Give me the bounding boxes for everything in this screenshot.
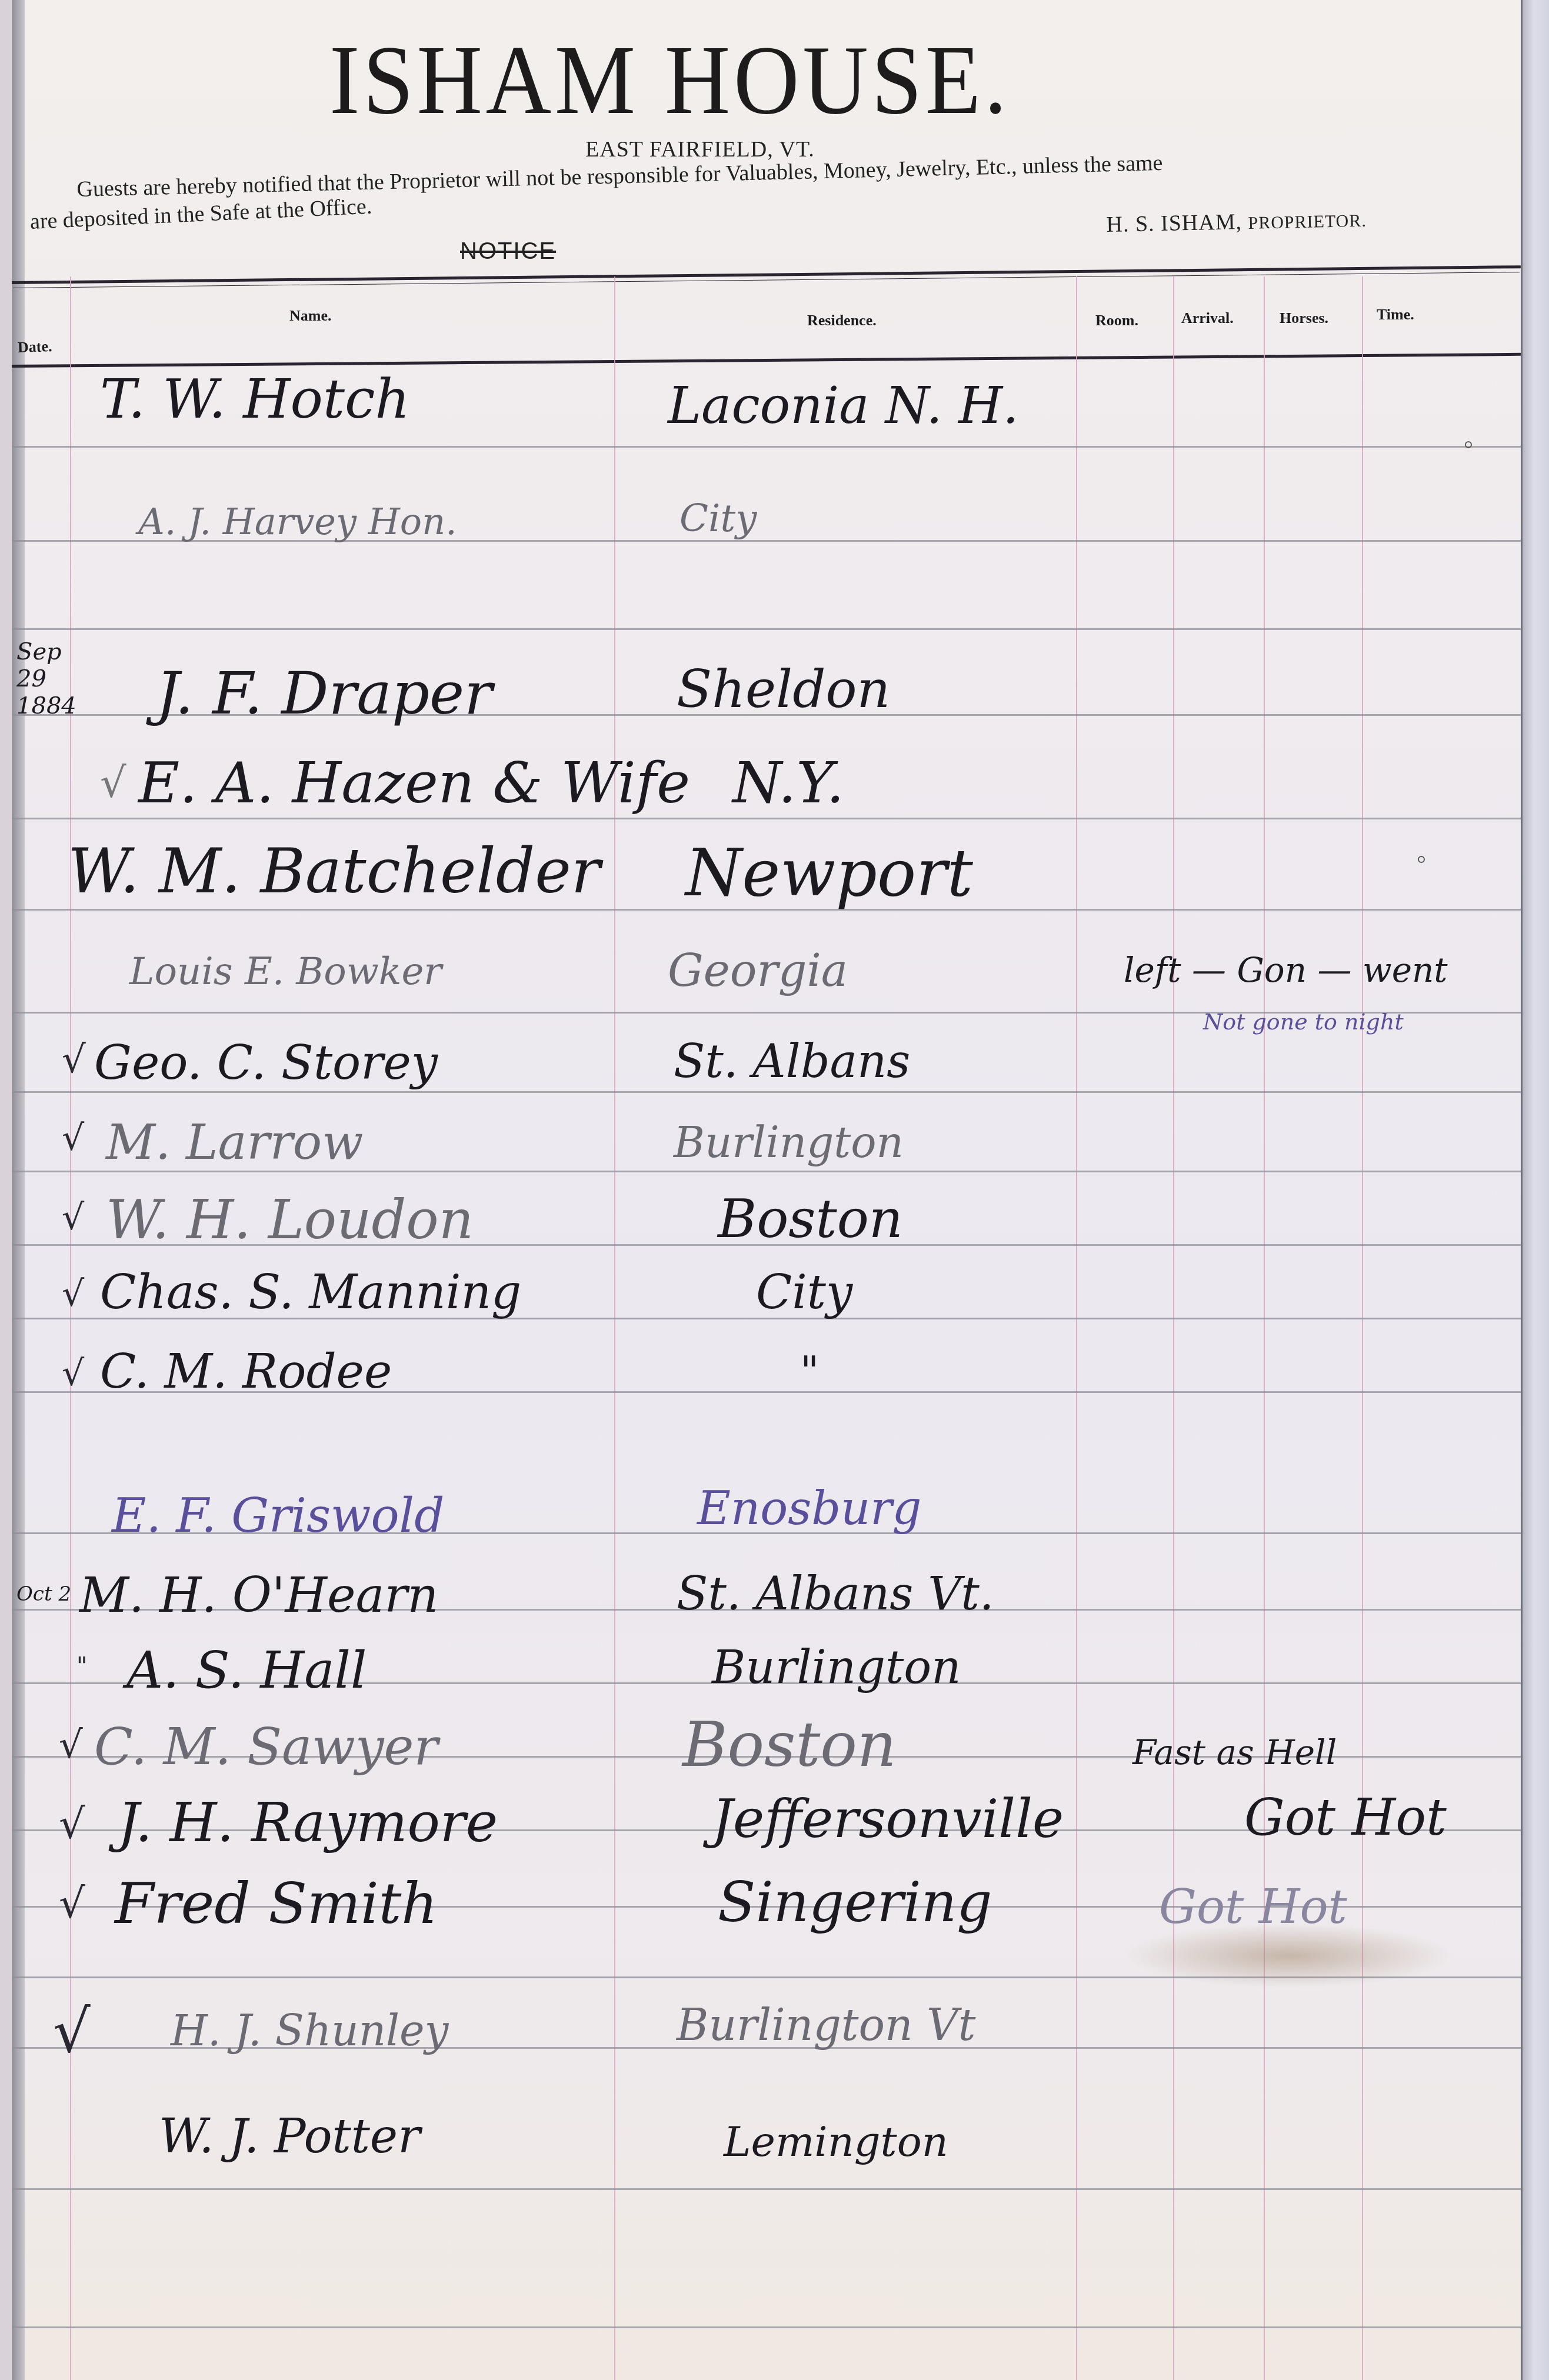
entry-name: W. H. Loudon <box>106 1188 474 1251</box>
ink-dot <box>1418 856 1425 863</box>
entry-residence: Laconia N. H. <box>668 376 1019 435</box>
entry-name: M. Larrow <box>106 1115 363 1171</box>
entry-residence: Burlington <box>712 1641 961 1694</box>
entry-name: W. M. Batchelder <box>68 835 601 907</box>
entry-name: W. J. Potter <box>159 2109 420 2164</box>
entry-residence: Georgia <box>668 944 848 996</box>
column-divider-arrival <box>1264 276 1265 2380</box>
entry-name: Geo. C. Storey <box>94 1035 438 1090</box>
entry-name: A. J. Harvey Hon. <box>138 500 457 543</box>
entry-residence: N.Y. <box>732 750 844 816</box>
entry-residence: Burlington Vt <box>677 2000 975 2051</box>
hotel-title: ISHAM HOUSE. <box>329 24 1087 137</box>
entry-residence: " <box>800 1347 819 1395</box>
page-binding <box>12 0 25 2380</box>
column-header-room: Room. <box>1095 312 1138 329</box>
column-header-residence: Residence. <box>807 312 877 329</box>
entry-date: Oct 2 <box>16 1582 71 1606</box>
entry-name: A. S. Hall <box>126 1641 367 1700</box>
column-header-horses: Horses. <box>1280 309 1328 327</box>
entry-name: C. M. Rodee <box>100 1344 392 1399</box>
ruled-line <box>12 2326 1521 2328</box>
entry-residence: Jeffersonville <box>712 1788 1064 1850</box>
entry-residence: Sheldon <box>677 659 890 719</box>
header-bottom-rule <box>12 353 1521 368</box>
entry-name: J. H. Raymore <box>118 1791 498 1854</box>
ruled-line <box>12 446 1521 448</box>
checkmark: √ <box>62 1197 84 1238</box>
column-divider-name <box>614 276 615 2380</box>
checkmark: √ <box>59 1724 83 1767</box>
column-divider-horses <box>1362 276 1363 2380</box>
proprietor-signature: H. S. ISHAM, PROPRIETOR. <box>1106 206 1367 238</box>
entry-subnote: Not gone to night <box>1203 1009 1404 1035</box>
column-divider-residence <box>1076 276 1077 2380</box>
entry-residence: City <box>756 1265 852 1319</box>
header-top-rule <box>12 265 1521 284</box>
entry-residence: Burlington <box>674 1118 904 1167</box>
ruled-line <box>12 2188 1521 2190</box>
checkmark: √ <box>100 759 126 807</box>
checkmark: √ <box>59 1879 85 1928</box>
checkmark: √ <box>62 1038 86 1082</box>
entry-name: T. W. Hotch <box>100 368 410 431</box>
proprietor-name: H. S. ISHAM, <box>1106 209 1248 237</box>
crossed-out-mark: NOTICE <box>460 238 556 265</box>
column-divider-room <box>1173 276 1174 2380</box>
ruled-line <box>12 628 1521 630</box>
entry-residence: Boston <box>682 1709 897 1781</box>
entry-name: Fred Smith <box>115 1871 438 1936</box>
entry-residence: Singering <box>718 1871 992 1935</box>
entry-name: H. J. Shunley <box>171 2006 448 2055</box>
column-header-time: Time. <box>1377 306 1414 324</box>
entry-note: Fast as Hell <box>1132 1732 1337 1772</box>
checkmark: √ <box>53 1997 91 2066</box>
register-page: ISHAM HOUSE. EAST FAIRFIELD, VT. Guests … <box>12 0 1521 2380</box>
entry-residence: St. Albans Vt. <box>677 1568 994 1621</box>
entry-note: Got Hot <box>1244 1788 1447 1847</box>
entry-note: left — Gon — went <box>1124 950 1448 990</box>
entry-name: J. F. Draper <box>156 659 492 728</box>
entry-name: Chas. S. Manning <box>100 1265 521 1319</box>
proprietor-title: PROPRIETOR. <box>1248 211 1367 233</box>
entry-name: C. M. Sawyer <box>94 1718 438 1776</box>
ink-dot <box>1465 441 1472 448</box>
entry-name: E. A. Hazen & Wife <box>138 750 690 816</box>
column-header-arrival: Arrival. <box>1181 309 1234 327</box>
entry-residence: City <box>679 497 757 541</box>
checkmark: √ <box>62 1353 84 1394</box>
entry-date: Sep 29 1884 <box>16 638 75 719</box>
entry-name: M. H. O'Hearn <box>79 1568 438 1624</box>
ruled-line <box>12 1091 1521 1093</box>
ruled-line <box>12 818 1521 819</box>
ruled-line <box>12 1171 1521 1172</box>
entry-residence: Enosburg <box>697 1482 922 1535</box>
checkmark: √ <box>59 1800 85 1848</box>
ditto-mark: " <box>76 1653 87 1680</box>
entry-name: Louis E. Bowker <box>129 950 442 994</box>
entry-note: Got Hot <box>1159 1879 1347 1934</box>
checkmark: √ <box>62 1274 84 1315</box>
column-header-name: Name. <box>289 307 331 325</box>
entry-name: E. F. Griswold <box>112 1488 444 1543</box>
column-header-date: Date. <box>17 338 52 356</box>
entry-residence: St. Albans <box>674 1035 910 1088</box>
hotel-location: EAST FAIRFIELD, VT. <box>585 136 815 162</box>
entry-residence: Lemington <box>724 2118 948 2166</box>
checkmark: √ <box>62 1118 84 1159</box>
entry-residence: Boston <box>718 1188 903 1250</box>
adjacent-page-edge <box>1521 0 1549 2380</box>
entry-residence: Newport <box>685 835 973 911</box>
